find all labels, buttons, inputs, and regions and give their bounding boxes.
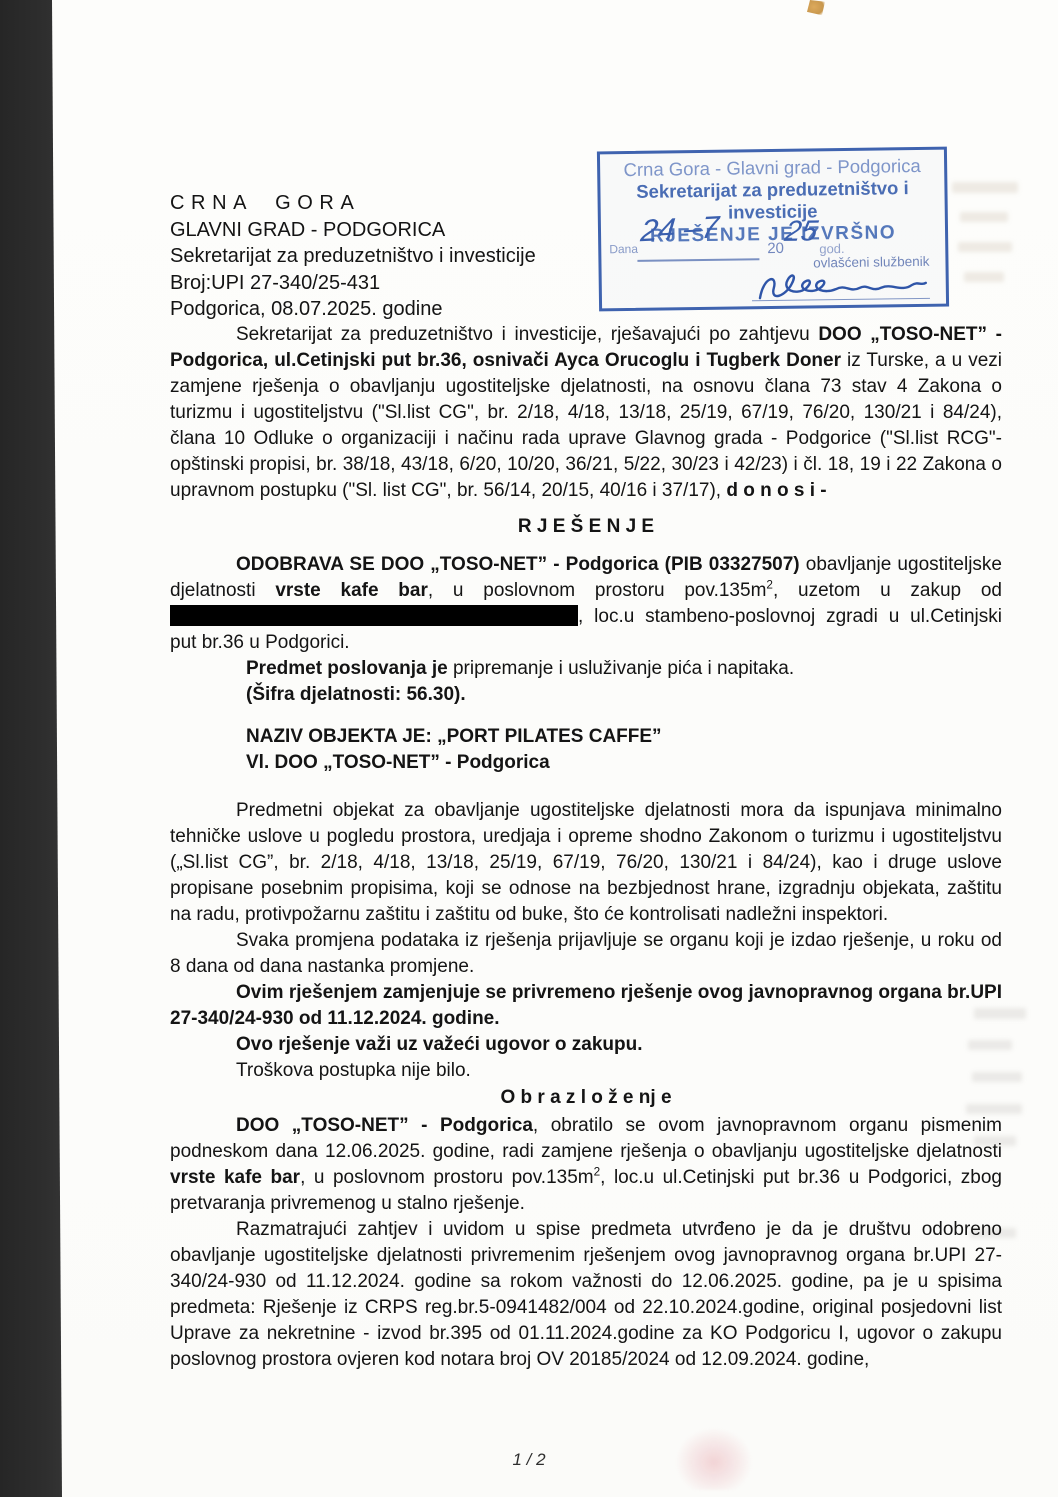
- header-date-place: Podgorica, 08.07.2025. godine: [170, 296, 650, 323]
- header-case-number: Broj:UPI 27-340/25-431: [170, 270, 650, 297]
- scan-edge-band: [0, 0, 64, 1497]
- stamp-date-line: [637, 258, 759, 262]
- document-header: CRNA GORA GLAVNI GRAD - PODGORICA Sekret…: [170, 190, 650, 323]
- review-paragraph: Razmatrajući zahtjev i uvidom u spise pr…: [170, 1217, 1002, 1373]
- replacement-paragraph: Ovim rješenjem zamjenjuje se privremeno …: [170, 980, 1002, 1032]
- costs-line: Troškova postupka nije bilo.: [170, 1058, 1002, 1084]
- intro-paragraph: Sekretarijat za preduzetništvo i investi…: [170, 322, 1002, 504]
- owner-line: Vl. DOO „TOSO-NET” - Podgorica: [246, 750, 1002, 776]
- header-department: Sekretarijat za preduzetništvo i investi…: [170, 243, 650, 270]
- stamp-date-label: Dana: [609, 242, 638, 256]
- lease-validity-line: Ovo rješenje važi uz važeći ugovor o zak…: [170, 1032, 1002, 1058]
- rationale-heading: O b r a z l o ž e nj e: [170, 1085, 1002, 1111]
- header-city: GLAVNI GRAD - PODGORICA: [170, 217, 650, 244]
- object-name-line: NAZIV OBJEKTA JE: „PORT PILATES CAFFE”: [246, 724, 1002, 750]
- business-subject-line: Predmet poslovanja je pripremanje i uslu…: [246, 656, 1002, 682]
- certification-stamp: Crna Gora - Glavni grad - Podgorica Sekr…: [597, 147, 949, 312]
- document-body: Sekretarijat za preduzetništvo i investi…: [170, 322, 1002, 1373]
- paper-stain-top: [806, 0, 826, 17]
- request-paragraph: DOO „TOSO-NET” - Podgorica, obratilo se …: [170, 1113, 1002, 1217]
- redaction-bar: [170, 605, 578, 626]
- header-country: CRNA GORA: [170, 190, 650, 217]
- page-number: 1 / 2: [0, 1450, 1058, 1470]
- data-change-paragraph: Svaka promjena podataka iz rješenja prij…: [170, 928, 1002, 980]
- decision-heading: R J E Š E N J E: [170, 514, 1002, 540]
- activity-code-line: (Šifra djelatnosti: 56.30).: [246, 682, 1002, 708]
- stamp-handwritten-year: 25: [782, 215, 820, 249]
- scanned-document-page: CRNA GORA GLAVNI GRAD - PODGORICA Sekret…: [0, 0, 1058, 1497]
- technical-requirements-paragraph: Predmetni objekat za obavljanje ugostite…: [170, 798, 1002, 928]
- approval-paragraph: ODOBRAVA SE DOO „TOSO-NET” - Podgorica (…: [170, 552, 1002, 656]
- stamp-handwritten-date: 24 –7: [639, 209, 720, 249]
